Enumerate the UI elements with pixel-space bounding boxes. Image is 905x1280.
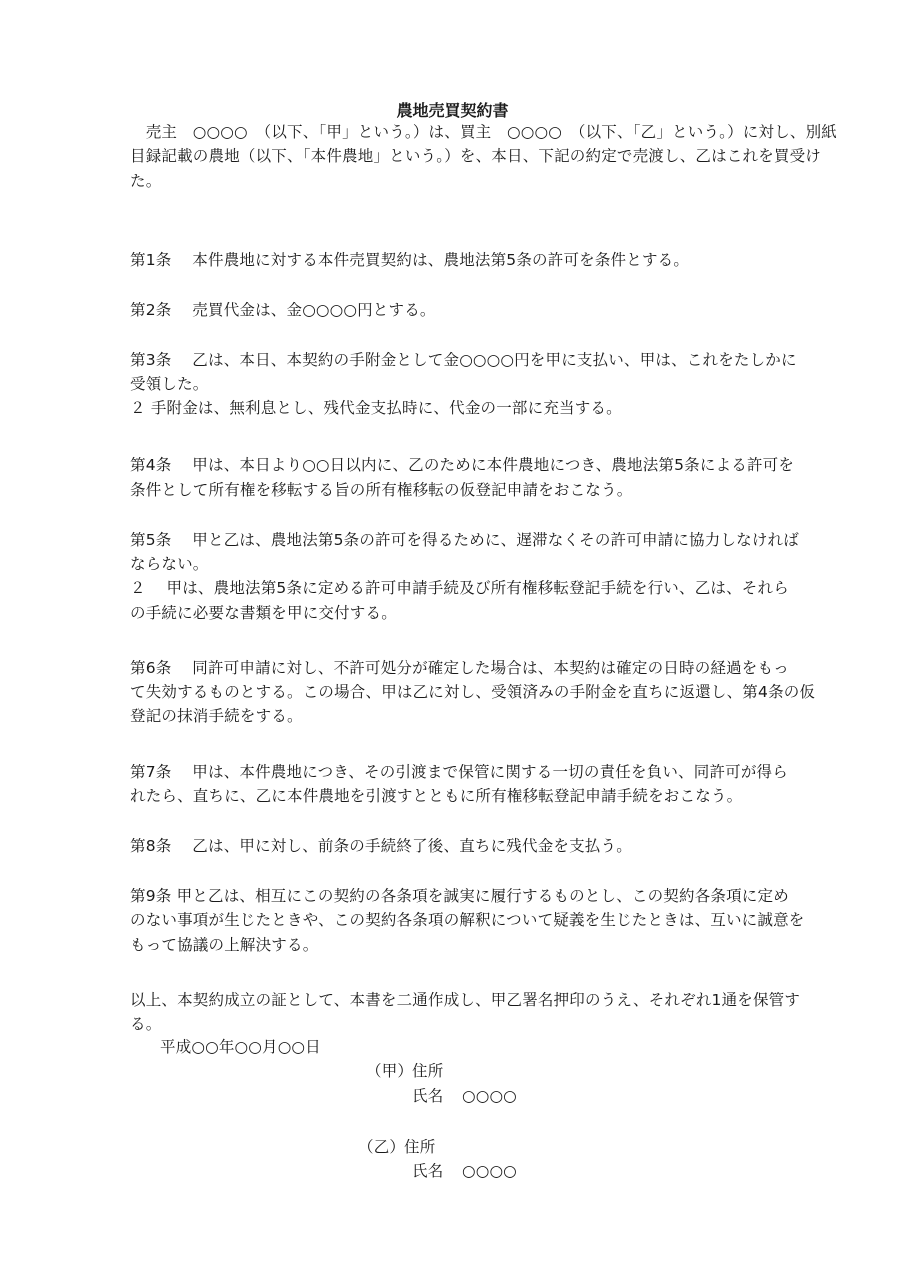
article-9-line: のない事項が生じたときや、この契約各条項の解釈について疑義を生じたときは、互いに… [130,910,804,930]
article-5-line: ならない。 [130,554,209,574]
article-1: 第1条 本件農地に対する本件売買契約は、農地法第5条の許可を条件とする。 [130,250,689,270]
article-5-line: ２ 甲は、農地法第5条に定める許可申請手続及び所有権移転登記手続を行い、乙は、そ… [130,578,789,598]
article-3-line: ２ 手附金は、無利息とし、残代金支払時に、代金の一部に充当する。 [130,398,622,418]
party-b-address-label: 住所 [404,1137,435,1157]
article-6-line: 登記の抹消手続をする。 [130,706,303,726]
article-2: 第2条 売買代金は、金○○○○円とする。 [130,300,436,320]
party-b-name-label: 氏名 [412,1161,443,1181]
article-9: 第9条 甲と乙は、相互にこの契約の各条項を誠実に履行するものとし、この契約各条項… [130,886,789,906]
party-a-address-label: 住所 [412,1061,443,1081]
preamble-line: た。 [130,171,161,191]
article-7: 第7条 甲は、本件農地につき、その引渡まで保管に関する一切の責任を負い、同許可が… [130,762,788,782]
contract-date: 平成○○年○○月○○日 [160,1037,321,1057]
article-3-line: 受領した。 [130,374,209,394]
article-7-line: れたら、直ちに、乙に本件農地を引渡すとともに所有権移転登記申請手続をおこなう。 [130,786,742,806]
preamble-line: 売主 ○○○○ （以下、「甲」という。）は、買主 ○○○○ （以下、「乙」という… [130,122,837,142]
document-title: 農地売買契約書 [0,98,905,121]
article-6: 第6条 同許可申請に対し、不許可処分が確定した場合は、本契約は確定の日時の経過を… [130,658,789,678]
article-6-line: て失効するものとする。この場合、甲は乙に対し、受領済みの手附金を直ちに返還し、第… [130,682,815,702]
party-b-name: ○○○○ [462,1161,517,1181]
party-a-name-label: 氏名 [412,1086,443,1106]
article-3: 第3条 乙は、本日、本契約の手附金として金○○○○円を甲に支払い、甲は、これをた… [130,350,797,370]
party-b-label: （乙） [358,1137,405,1157]
article-4-line: 条件として所有権を移転する旨の所有権移転の仮登記申請をおこなう。 [130,480,632,500]
preamble-line: 目録記載の農地（以下、「本件農地」という。）を、本日、下記の約定で売渡し、乙はこ… [130,146,821,166]
article-9-line: もって協議の上解決する。 [130,935,318,955]
article-4: 第4条 甲は、本日より○○日以内に、乙のために本件農地につき、農地法第5条による… [130,455,794,475]
closing-line: る。 [130,1014,161,1034]
closing-line: 以上、本契約成立の証として、本書を二通作成し、甲乙署名押印のうえ、それぞれ1通を… [130,990,800,1010]
article-5-line: の手続に必要な書類を甲に交付する。 [130,603,397,623]
party-a-label: （甲） [366,1061,413,1081]
party-a-name: ○○○○ [462,1086,517,1106]
article-8: 第8条 乙は、甲に対し、前条の手続終了後、直ちに残代金を支払う。 [130,836,632,856]
article-5: 第5条 甲と乙は、農地法第5条の許可を得るために、遅滞なくその許可申請に協力しな… [130,530,799,550]
